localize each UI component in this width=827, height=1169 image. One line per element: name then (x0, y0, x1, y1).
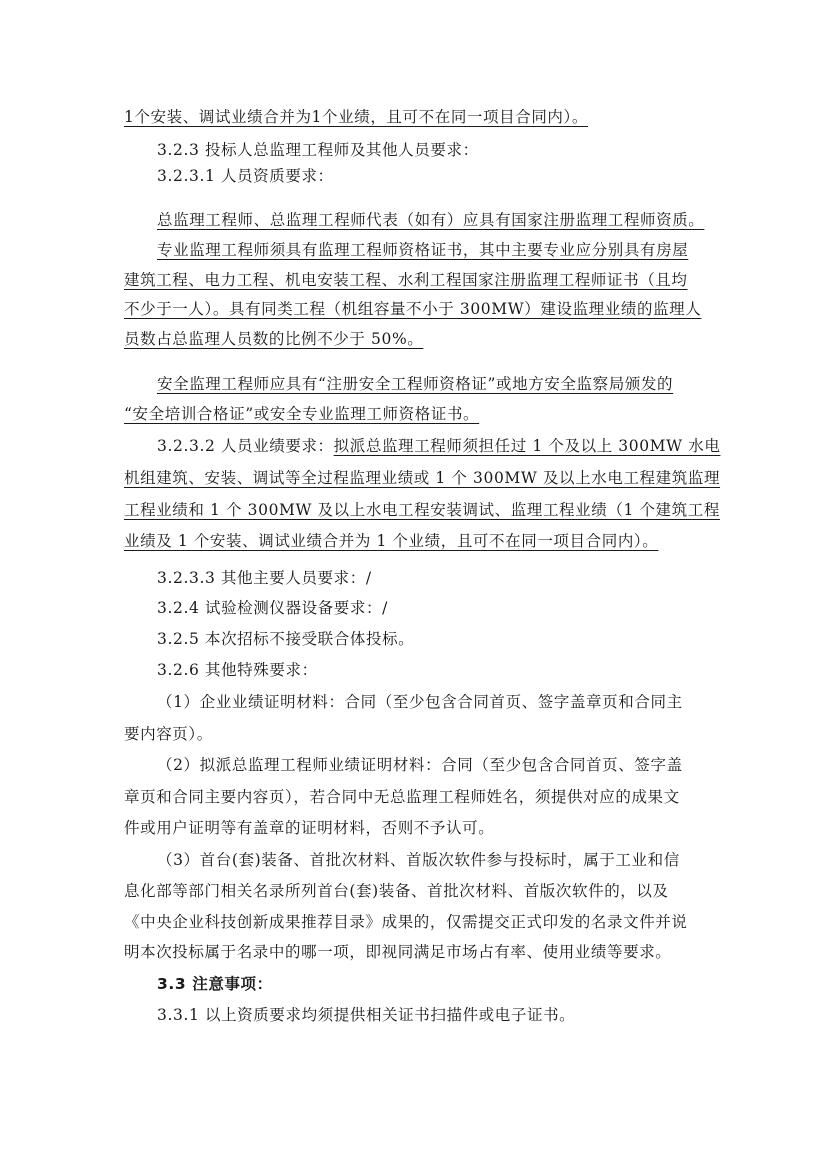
paragraph-line: 工程业绩和 1 个 300MW 及以上水电工程安装调试、监理工程业绩（1 个建筑… (124, 500, 720, 520)
paragraph-line: 章页和合同主要内容页），若合同中无总监理工程师姓名，须提供对应的成果文 (124, 787, 680, 807)
paragraph-line: 员数占总监理人员数的比例不少于 50%。 (124, 329, 423, 349)
section-heading-3-2-5: 3.2.5 本次招标不接受联合体投标。 (157, 629, 414, 649)
list-item-3: （3）首台(套)装备、首批次材料、首版次软件参与投标时，属于工业和信 (157, 850, 680, 870)
paragraph-line: 明本次投标属于名录中的哪一项，即视同满足市场占有率、使用业绩等要求。 (124, 942, 671, 962)
paragraph-line: 安全监理工程师应具有“注册安全工程师资格证”或地方安全监察局颁发的 (157, 374, 673, 394)
section-label: 3.2.3.2 人员业绩要求： (157, 437, 334, 455)
paragraph-line: “安全培训合格证”或安全专业监理工师资格证书。 (124, 404, 479, 424)
section-heading-3-3-1: 3.3.1 以上资质要求均须提供相关证书扫描件或电子证书。 (157, 1005, 575, 1025)
paragraph-line: 《中央企业科技创新成果推荐目录》成果的，仅需提交正式印发的名录文件并说 (124, 912, 688, 932)
paragraph-line: 机组建筑、安装、调试等全过程监理业绩或 1 个 300MW 及以上水电工程建筑监… (124, 468, 720, 488)
section-heading-3-2-3-3: 3.2.3.3 其他主要人员要求：/ (157, 568, 372, 588)
document-page: 1个安装、调试业绩合并为1个业绩，且可不在同一项目合同内）。 3.2.3 投标人… (0, 0, 827, 1169)
paragraph-text: 拟派总监理工程师须担任过 1 个及以上 300MW 水电 (334, 437, 721, 455)
section-heading-3-2-4: 3.2.4 试验检测仪器设备要求：/ (157, 598, 388, 618)
list-item-2: （2）拟派总监理工程师业绩证明材料：合同（至少包含合同首页、签字盖 (157, 755, 683, 775)
paragraph-line: 建筑工程、电力工程、机电安装工程、水利工程国家注册监理工程师证书（且均 (124, 270, 688, 290)
paragraph-line: 总监理工程师、总监理工程师代表（如有）应具有国家注册监理工程师资质。 (157, 210, 704, 230)
section-heading-3-3: 3.3 注意事项： (157, 974, 273, 994)
paragraph-line: 专业监理工程师须具有监理工程师资格证书，其中主要专业应分别具有房屋 (157, 240, 688, 260)
paragraph-line: 不少于一人）。具有同类工程（机组容量不小于 300MW）建设监理业绩的监理人 (124, 299, 701, 319)
section-heading-3-2-3: 3.2.3 投标人总监理工程师及其他人员要求： (157, 140, 479, 160)
paragraph-line: 业绩及 1 个安装、调试业绩合并为 1 个业绩，且可不在同一项目合同内）。 (124, 531, 658, 551)
section-heading-3-2-3-2: 3.2.3.2 人员业绩要求：拟派总监理工程师须担任过 1 个及以上 300MW… (157, 436, 720, 456)
paragraph-line: 1个安装、调试业绩合并为1个业绩，且可不在同一项目合同内）。 (124, 107, 588, 127)
paragraph-line: 件或用户证明等有盖章的证明材料，否则不予认可。 (124, 818, 494, 838)
list-item-1: （1）企业业绩证明材料：合同（至少包含合同首页、签字盖章页和合同主 (157, 692, 683, 712)
section-heading-3-2-3-1: 3.2.3.1 人员资质要求： (157, 166, 334, 186)
section-heading-3-2-6: 3.2.6 其他特殊要求： (157, 660, 318, 680)
paragraph-line: 要内容页）。 (124, 724, 213, 744)
paragraph-line: 息化部等部门相关名录所列首台(套)装备、首批次材料、首版次软件的，以及 (124, 881, 669, 901)
